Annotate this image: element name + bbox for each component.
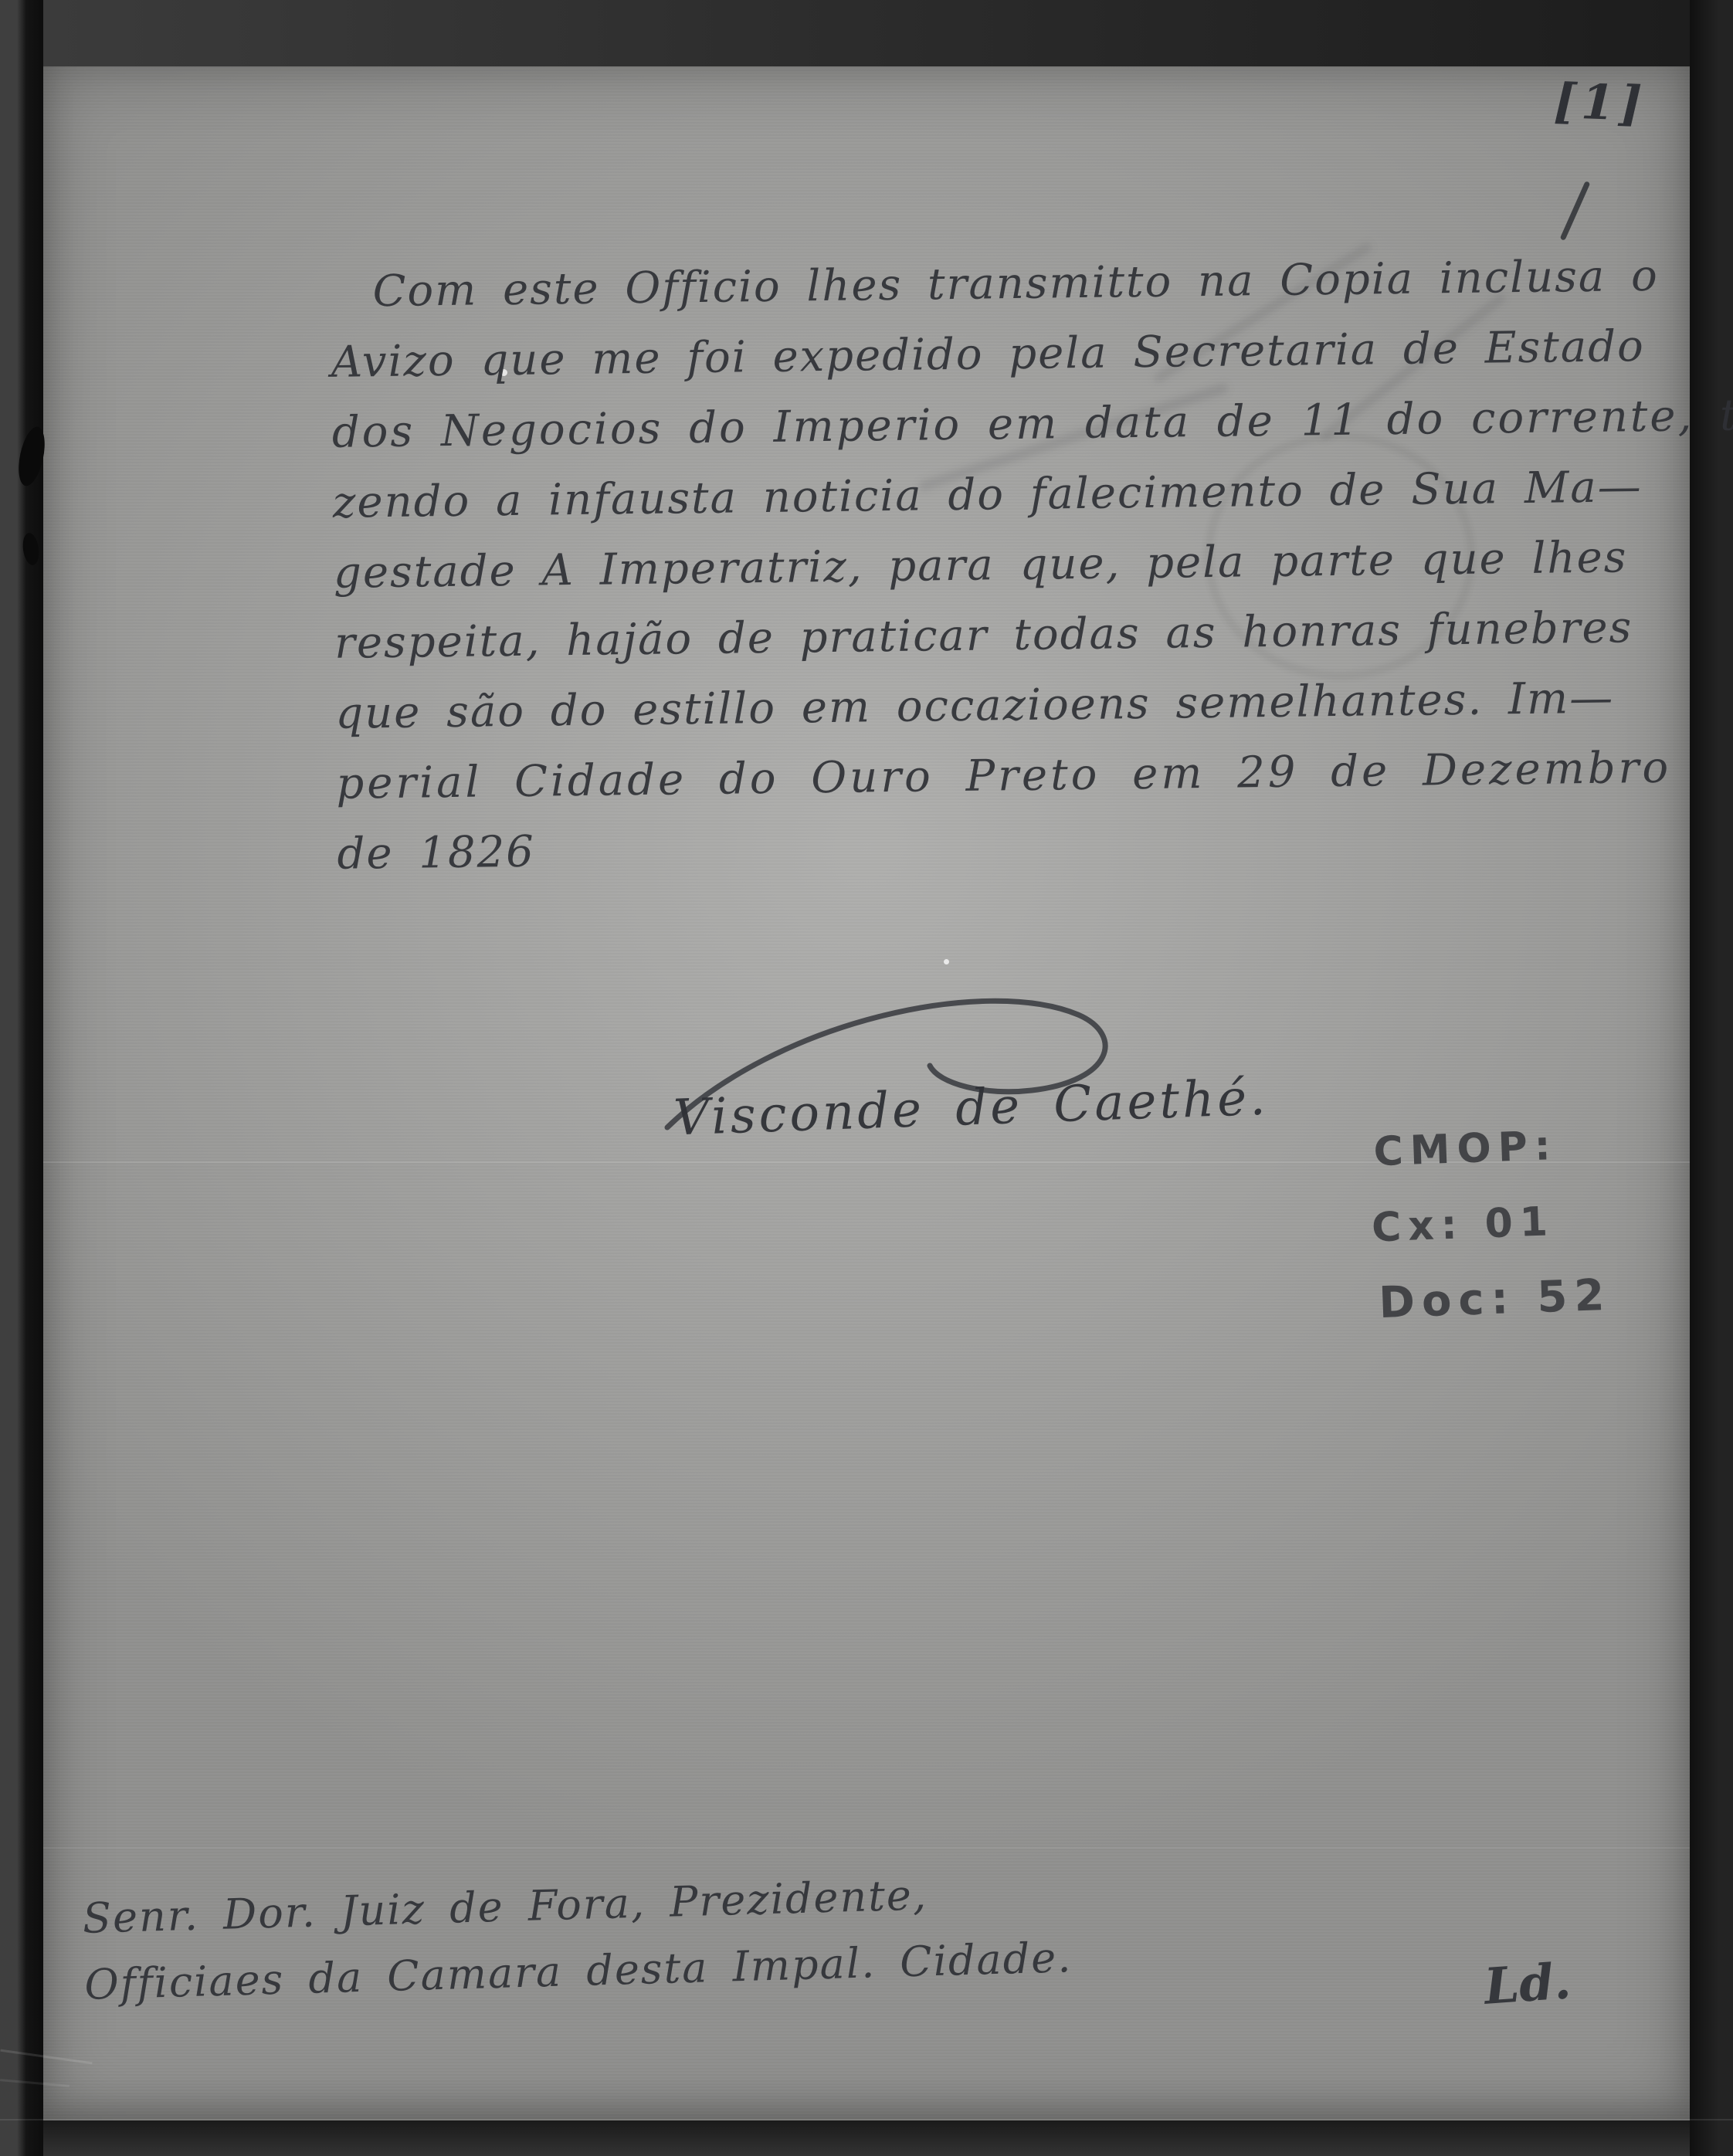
scan-margin-bottom bbox=[0, 2119, 1733, 2156]
dust-speck bbox=[944, 959, 949, 964]
scan-margin-left bbox=[0, 0, 43, 2156]
scan-scratch-line bbox=[0, 2119, 1733, 2120]
archival-stamp-collection: CMOP: bbox=[1372, 1107, 1607, 1190]
archival-stamp-doc: Doc: 52 bbox=[1378, 1258, 1613, 1341]
paper-fold-line bbox=[43, 1847, 1690, 1849]
archival-stamp-box: Cx: 01 bbox=[1370, 1182, 1609, 1266]
archival-stamp: CMOP: Cx: 01 Doc: 52 bbox=[1372, 1107, 1613, 1341]
scanned-manuscript-page: [1] Com este Officio lhes transmitto na … bbox=[0, 0, 1733, 2156]
corner-note: Ld. bbox=[1483, 1952, 1573, 2016]
page-number-annotation: [1] bbox=[1553, 73, 1647, 132]
manuscript-body: Com este Officio lhes transmitto na Copi… bbox=[330, 240, 1704, 890]
address-block: Senr. Dor. Juiz de Fora, Prezidente, Off… bbox=[82, 1858, 1073, 2019]
scan-margin-top bbox=[0, 0, 1733, 66]
